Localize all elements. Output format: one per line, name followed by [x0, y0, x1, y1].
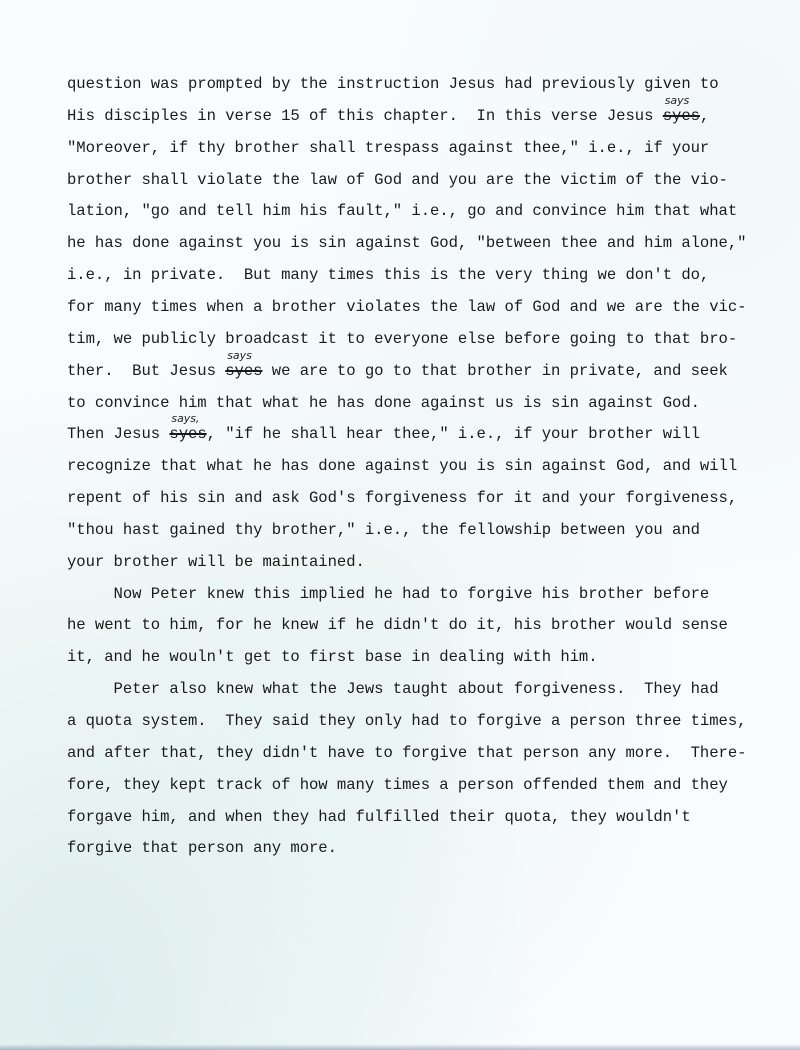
handwritten-correction: sayssyes: [663, 106, 700, 126]
text-line: lation, "go and tell him his fault," i.e…: [67, 201, 737, 221]
text-line: question was prompted by the instruction…: [67, 74, 719, 94]
correction-note: says: [665, 91, 690, 111]
text-line: he has done against you is sin against G…: [67, 233, 746, 253]
text-line: i.e., in private. But many times this is…: [67, 265, 709, 285]
text-line: he went to him, for he knew if he didn't…: [67, 615, 728, 635]
text-line: forgave him, and when they had fulfilled…: [67, 807, 691, 827]
text-line: "thou hast gained thy brother," i.e., th…: [67, 520, 700, 540]
text-line: Peter also knew what the Jews taught abo…: [67, 679, 719, 699]
text-line: your brother will be maintained.: [67, 552, 365, 572]
text-line: ther. But Jesus sayssyes we are to go to…: [67, 361, 728, 381]
text-line: His disciples in verse 15 of this chapte…: [67, 106, 709, 126]
text-line: fore, they kept track of how many times …: [67, 775, 728, 795]
text-line: tim, we publicly broadcast it to everyon…: [67, 329, 737, 349]
text-line: for many times when a brother violates t…: [67, 297, 746, 317]
text-line: "Moreover, if thy brother shall trespass…: [67, 138, 709, 158]
correction-note: says,: [171, 409, 199, 429]
correction-note: says: [227, 346, 252, 366]
scanned-page: question was prompted by the instruction…: [0, 0, 800, 1050]
text-line: a quota system. They said they only had …: [67, 711, 746, 731]
text-line: to convince him that what he has done ag…: [67, 393, 700, 413]
page-bottom-edge: [0, 1044, 800, 1050]
text-line: forgive that person any more.: [67, 838, 337, 858]
text-line: it, and he wouln't get to first base in …: [67, 647, 598, 667]
text-line: Then Jesus says,syes, "if he shall hear …: [67, 424, 700, 444]
text-line: recognize that what he has done against …: [67, 456, 737, 476]
text-line: brother shall violate the law of God and…: [67, 170, 728, 190]
text-line: Now Peter knew this implied he had to fo…: [67, 584, 709, 604]
handwritten-correction: sayssyes: [225, 361, 262, 381]
handwritten-correction: says,syes: [169, 424, 206, 444]
text-line: and after that, they didn't have to forg…: [67, 743, 746, 763]
text-line: repent of his sin and ask God's forgiven…: [67, 488, 737, 508]
